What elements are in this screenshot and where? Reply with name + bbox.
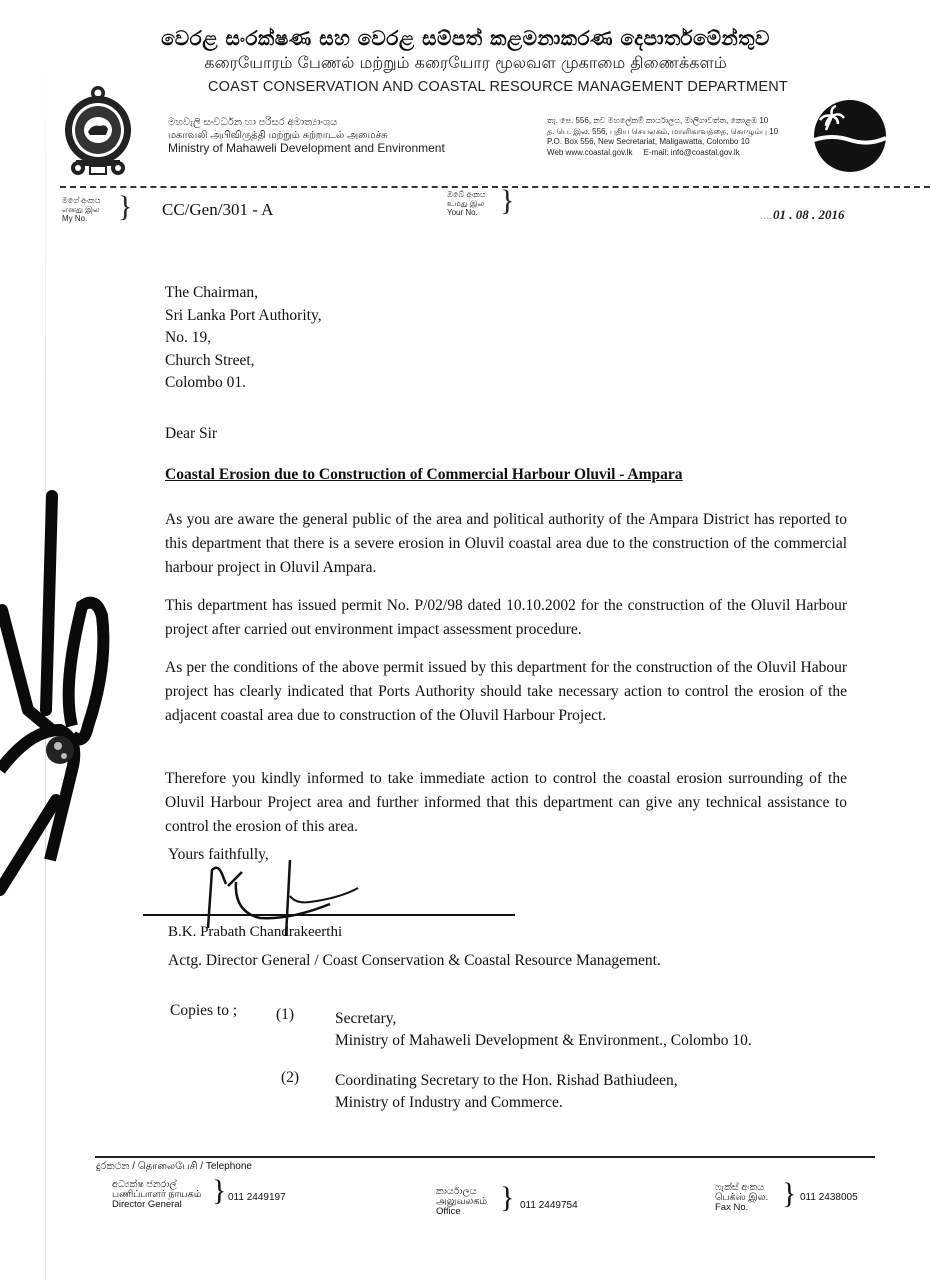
copy-number: (1) [276,1006,294,1024]
body-paragraph: As per the conditions of the above permi… [165,656,847,728]
telephone-label: දුරකථන / தொலைபேசி / Telephone [96,1161,252,1173]
recipient-address: The Chairman, Sri Lanka Port Authority, … [165,282,322,395]
address-tamil: த. பெ. இல. 556, புதிய செயலகம், மாளிகாவத்… [547,127,778,138]
recipient-line: Sri Lanka Port Authority, [165,305,322,328]
copy-recipient: Coordinating Secretary to the Hon. Risha… [335,1070,678,1114]
email-link[interactable]: info@coastal.gov.lk [671,148,740,157]
web-email-line: Web www.coastal.gov.lk E-mail: info@coas… [547,148,778,159]
department-title-tamil: கரையோரம் பேணல் மற்றும் கரையோர மூலவள முகா… [0,53,931,74]
signatory-name: B.K. Prabath Chandrakeerthi [168,924,342,941]
signature-line [143,914,515,916]
body-paragraph: This department has issued permit No. P/… [165,594,847,642]
contact-label-director-general: අධ්‍යක්ෂ ජනරාල් பணிப்பாளர் நாயகம் Direct… [112,1180,201,1210]
ministry-block: මහවැලි සංවර්ධන හා පරිසර අමාත්‍යාංශය மகாவ… [168,116,445,155]
header-divider [60,186,930,188]
department-title-sinhala: වෙරළ සංරක්ෂණ සහ වෙරළ සම්පත් කළමනාකරණ දෙප… [0,26,931,50]
web-link[interactable]: www.coastal.gov.lk [566,148,633,157]
address-block: තැ. පෙ. 556, නව මහලේකම් කාර්යාලය, මාලිගා… [547,116,778,158]
sri-lanka-emblem-icon [58,84,138,180]
address-sinhala: තැ. පෙ. 556, නව මහලේකම් කාර්යාලය, මාලිගා… [547,116,778,127]
department-title-english: COAST CONSERVATION AND COASTAL RESOURCE … [208,79,788,95]
copy-recipient: Secretary, Ministry of Mahaweli Developm… [335,1008,752,1052]
my-reference-number: CC/Gen/301 - A [162,200,273,220]
copy-number: (2) [281,1069,299,1087]
address-english: P.O. Box 556, New Secretariat, Maligawat… [547,137,778,148]
coast-palm-wave-logo-icon [812,98,888,174]
copies-label: Copies to ; [170,1002,237,1020]
email-label: E-mail [644,148,667,157]
recipient-line: Colombo 01. [165,372,322,395]
body-paragraph: Therefore you kindly informed to take im… [165,767,847,839]
ministry-english: Ministry of Mahaweli Development and Env… [168,142,445,155]
footer-divider [95,1156,875,1158]
web-label: Web [547,148,563,157]
letter-date: ....01 . 08 . 2016 [760,207,845,223]
letter-subject: Coastal Erosion due to Construction of C… [165,466,683,484]
brace-icon: } [212,1176,226,1206]
contact-number-fax: 011 2438005 [800,1192,858,1203]
binding-string-icon [0,470,130,940]
brace-icon: } [782,1179,796,1209]
brace-icon: } [118,192,132,222]
signatory-title: Actg. Director General / Coast Conservat… [168,952,661,970]
body-paragraph: As you are aware the general public of t… [165,508,847,580]
brace-icon: } [500,186,514,216]
ministry-sinhala: මහවැලි සංවර්ධන හා පරිසර අමාත්‍යාංශය [168,116,445,129]
your-no-label: ඔබේ අංකය உமது இல Your No. [447,190,486,217]
my-no-label: මගේ අංකය எனது இல My No. [62,196,100,223]
recipient-line: No. 19, [165,327,322,350]
recipient-line: Church Street, [165,350,322,373]
brace-icon: } [500,1183,514,1213]
contact-label-fax: ෆැක්ස් අංකය பெக்ஸ் இல. Fax No. [715,1183,768,1213]
contact-number-office: 011 2449754 [520,1200,578,1211]
recipient-line: The Chairman, [165,282,322,305]
salutation: Dear Sir [165,425,217,443]
contact-label-office: කාර්යාලය அலுவலகம் Office [436,1187,487,1217]
contact-number-director-general: 011 2449197 [228,1192,286,1203]
